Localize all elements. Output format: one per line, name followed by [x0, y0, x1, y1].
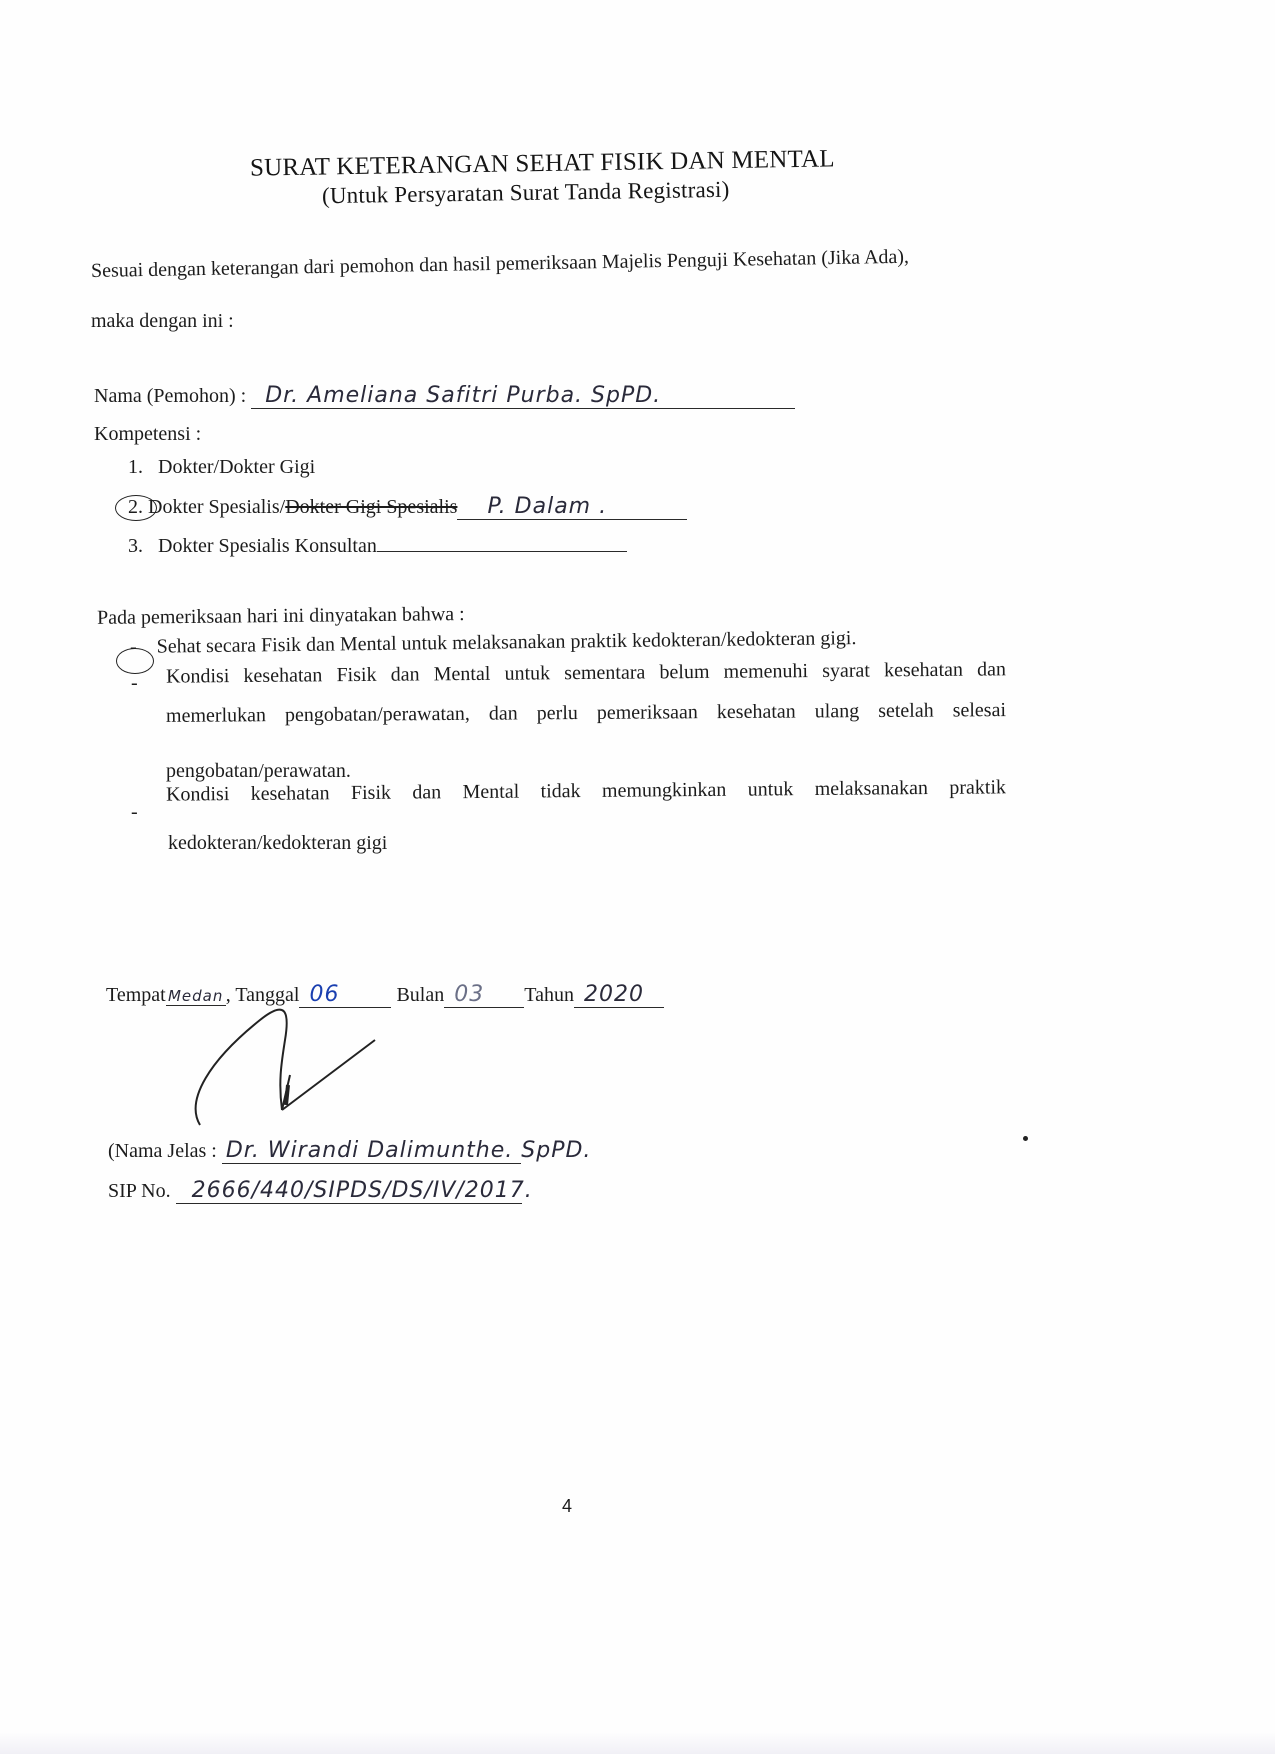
option-number: 1.	[128, 456, 143, 478]
option-label-struck: Dokter Gigi Spesialis	[285, 496, 457, 518]
competence-label: Kompetensi :	[94, 423, 201, 446]
sip-number-input[interactable]: 2666/440/SIPDS/DS/IV/2017.	[176, 1178, 522, 1204]
finding-option-2-line2: memerlukan pengobatan/perawatan, dan per…	[166, 699, 1006, 728]
finding-option-1[interactable]: - Sehat secara Fisik dan Mental untuk me…	[130, 627, 857, 659]
sip-label: SIP No.	[108, 1180, 171, 1202]
applicant-name-input[interactable]: Dr. Ameliana Safitri Purba. SpPD.	[251, 383, 795, 409]
competence-option-3[interactable]: 3. Dokter Spesialis Konsultan	[128, 533, 627, 558]
specialty-input[interactable]: P. Dalam .	[457, 494, 687, 520]
intro-text-continued: maka dengan ini :	[91, 310, 234, 333]
page-number: 4	[562, 1496, 572, 1517]
year-input[interactable]: 2020	[574, 982, 664, 1008]
intro-text: Sesuai dengan keterangan dari pemohon da…	[91, 246, 909, 283]
option-marker: -	[130, 636, 137, 658]
applicant-field: Nama (Pemohon) : Dr. Ameliana Safitri Pu…	[94, 383, 795, 409]
signer-name-row: (Nama Jelas : Dr. Wirandi Dalimunthe. Sp…	[108, 1138, 521, 1164]
option-label: Sehat secara Fisik dan Mental untuk mela…	[157, 627, 857, 658]
scan-edge-tint	[0, 1732, 1275, 1754]
consultant-input[interactable]	[377, 533, 627, 552]
option-label: Dokter Spesialis/	[148, 496, 285, 518]
year-label: Tahun	[524, 984, 574, 1006]
finding-option-2-line3: pengobatan/perawatan.	[166, 760, 351, 783]
month-label: Bulan	[396, 984, 444, 1006]
finding-option-2-line1: Kondisi kesehatan Fisik dan Mental untuk…	[166, 658, 1006, 688]
findings-label: Pada pemeriksaan hari ini dinyatakan bah…	[97, 603, 465, 630]
option-number: 2.	[128, 496, 143, 518]
finding-option-3-line2: kedokteran/kedokteran gigi	[168, 832, 387, 855]
signer-name-input[interactable]: Dr. Wirandi Dalimunthe. SpPD.	[222, 1138, 521, 1164]
sip-row: SIP No. 2666/440/SIPDS/DS/IV/2017.	[108, 1178, 522, 1204]
option-label: Dokter Spesialis Konsultan	[158, 535, 377, 557]
place-label: Tempat	[106, 984, 166, 1006]
option-label: Dokter/Dokter Gigi	[158, 456, 315, 478]
finding-option-3-marker[interactable]: -	[131, 801, 138, 824]
competence-option-2[interactable]: 2. Dokter Spesialis/Dokter Gigi Spesiali…	[128, 494, 687, 520]
month-input[interactable]: 03	[444, 982, 524, 1008]
competence-option-1[interactable]: 1. Dokter/Dokter Gigi	[128, 456, 315, 479]
scan-speck	[1023, 1136, 1028, 1141]
signature-mark	[190, 1000, 390, 1130]
document-subtitle: (Untuk Persyaratan Surat Tanda Registras…	[322, 177, 730, 209]
finding-option-2-marker[interactable]: -	[131, 672, 138, 695]
signer-name-label: (Nama Jelas :	[108, 1140, 217, 1162]
document-title: SURAT KETERANGAN SEHAT FISIK DAN MENTAL	[250, 145, 835, 182]
applicant-label: Nama (Pemohon) :	[94, 385, 246, 407]
option-number: 3.	[128, 535, 143, 557]
